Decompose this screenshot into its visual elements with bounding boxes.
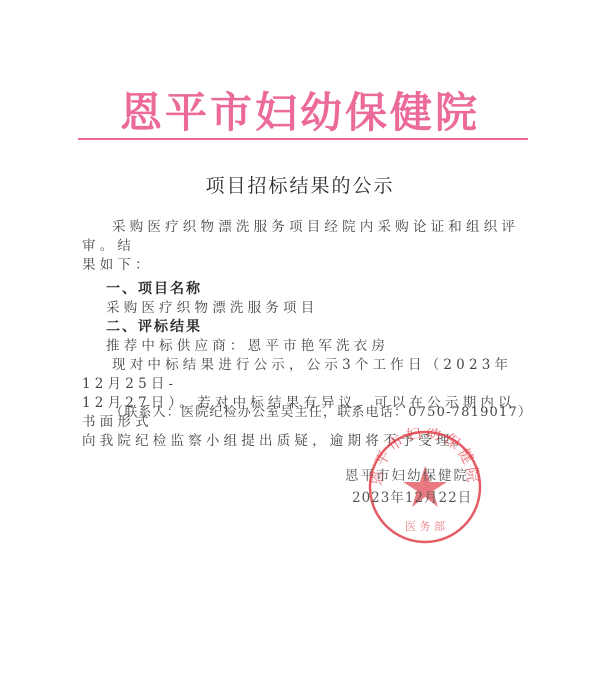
svg-text:医 务 部: 医 务 部 <box>405 519 445 533</box>
intro-line-1: 采购医疗织物漂洗服务项目经院内采购论证和组织评审。结 <box>82 218 528 256</box>
section1-content: 采购医疗织物漂洗服务项目 <box>82 299 528 318</box>
intro-line-2: 果如下： <box>82 256 528 275</box>
notice-line-1: 现对中标结果进行公示，公示3个工作日（2023年12月25日- <box>82 356 528 394</box>
contact-info: （联系人：医院纪检办公室吴主任，联系电话：0750-7819017） <box>110 401 532 420</box>
section2-heading: 二、评标结果 <box>82 318 528 337</box>
section1-heading: 一、项目名称 <box>82 280 528 299</box>
letterhead-rule <box>78 138 528 140</box>
document-title: 项目招标结果的公示 <box>0 171 600 198</box>
section2-content: 推荐中标供应商：恩平市艳军洗衣房 <box>82 337 528 356</box>
signature-date: 2023年12月22日 <box>352 486 472 506</box>
signature-organization: 恩平市妇幼保健院 <box>345 464 469 484</box>
letterhead-title: 恩平市妇幼保健院 <box>0 80 600 140</box>
